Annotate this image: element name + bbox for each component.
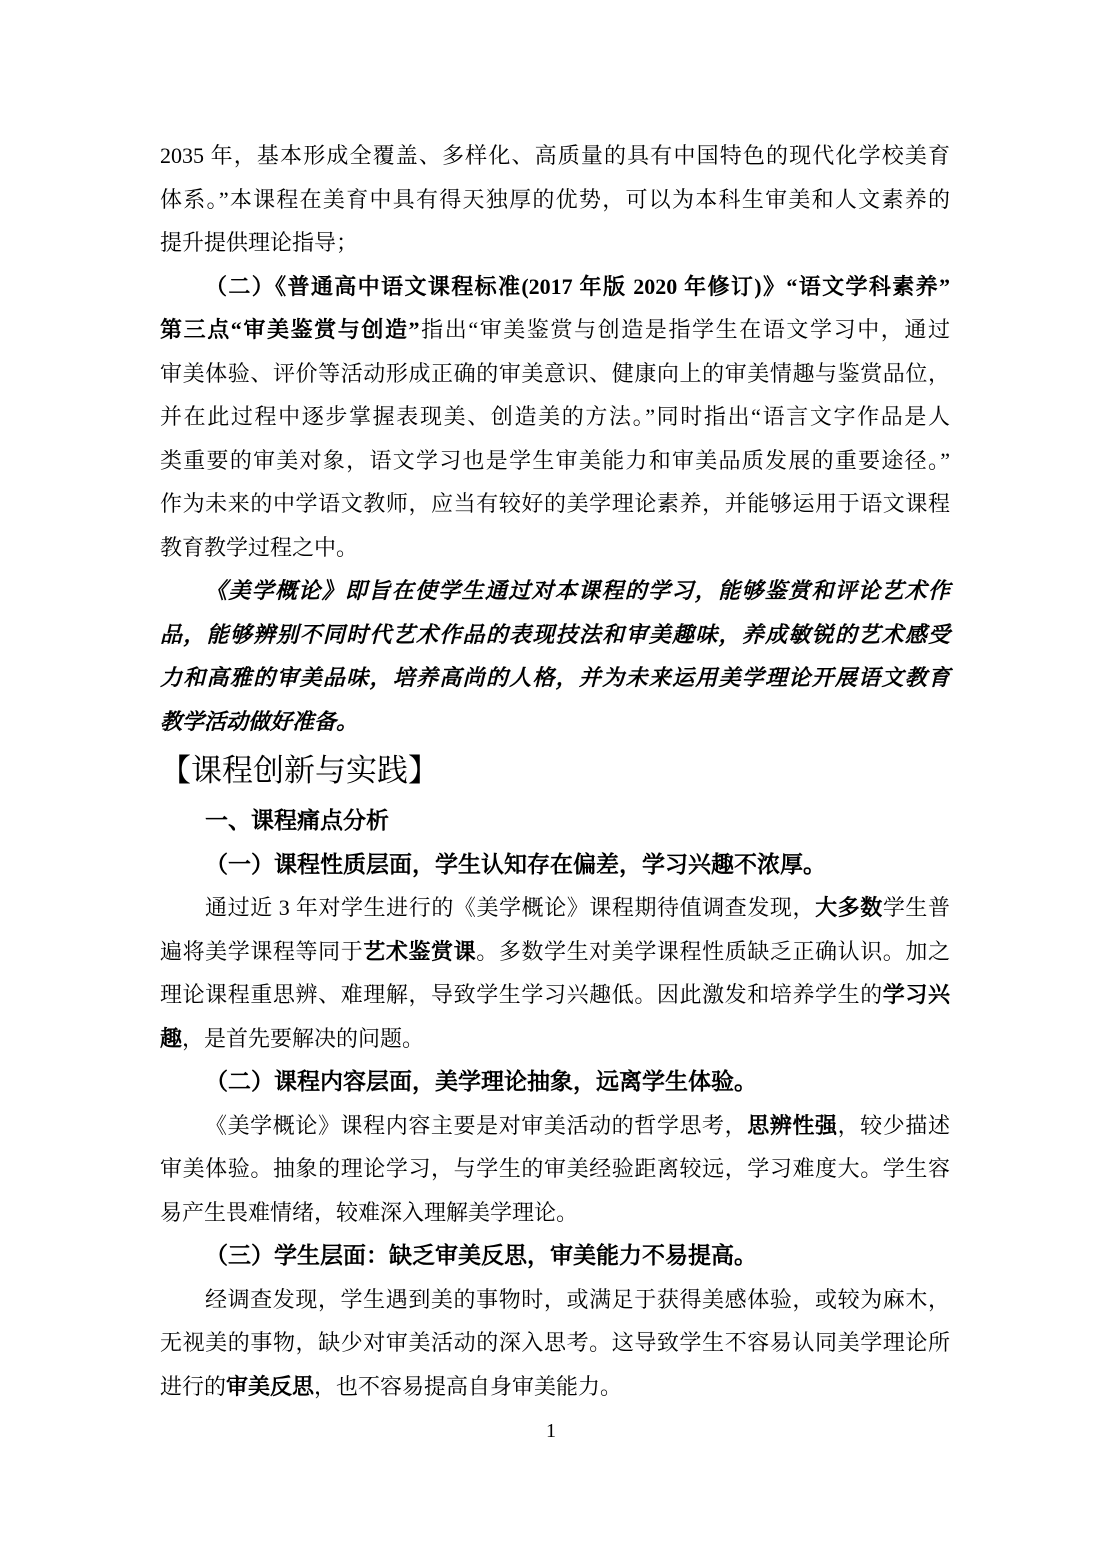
text-line: 理论课程重思辨、难理解，导致学生学习兴趣低。因此激发和培养学生的学习兴 (160, 973, 950, 1017)
text-run: （二）《普通高中语文课程标准(2017 年版 2020 年修订)》“语文学科素养… (205, 274, 950, 299)
text-run: 审美反思 (226, 1374, 314, 1399)
text-run: 作为未来的中学语文教师，应当有较好的美学理论素养，并能够运用于语文课程 (160, 491, 950, 516)
text-run: 体系。”本课程在美育中具有得天独厚的优势，可以为本科生审美和人文素养的 (160, 187, 950, 212)
text-run: 审美体验。抽象的理论学习，与学生的审美经验距离较远，学习难度大。学生容 (160, 1156, 950, 1181)
text-run: 教育教学过程之中。 (160, 535, 358, 560)
text-line: 《美学概论》课程内容主要是对审美活动的哲学思考，思辨性强，较少描述 (160, 1104, 950, 1148)
text-run: ，是首先要解决的问题。 (182, 1026, 424, 1051)
text-line: 作为未来的中学语文教师，应当有较好的美学理论素养，并能够运用于语文课程 (160, 482, 950, 526)
text-run: 艺术鉴赏课 (363, 939, 476, 964)
sub-heading-line: （二）课程内容层面，美学理论抽象，远离学生体验。 (160, 1060, 950, 1104)
text-run: （一）课程性质层面，学生认知存在偏差，学习兴趣不浓厚。 (205, 851, 826, 877)
text-line: 趣，是首先要解决的问题。 (160, 1017, 950, 1061)
sub-heading-line: 一、课程痛点分析 (160, 799, 950, 843)
text-run: 提升提供理论指导； (160, 230, 358, 255)
text-run: 《美学概论》即旨在使学生通过对本课程的学习，能够鉴赏和评论艺术作 (205, 578, 950, 603)
text-run: 易产生畏难情绪，较难深入理解美学理论。 (160, 1200, 578, 1225)
document-page: 2035 年，基本形成全覆盖、多样化、高质量的具有中国特色的现代化学校美育体系。… (0, 0, 1102, 1559)
text-line: 第三点“审美鉴赏与创造”指出“审美鉴赏与创造是指学生在语文学习中，通过 (160, 308, 950, 352)
text-run: 2035 年，基本形成全覆盖、多样化、高质量的具有中国特色的现代化学校美育 (160, 143, 950, 168)
document-text: 2035 年，基本形成全覆盖、多样化、高质量的具有中国特色的现代化学校美育体系。… (160, 134, 950, 1408)
text-run: 指出“审美鉴赏与创造是指学生在语文学习中，通过 (420, 317, 950, 342)
text-run: 理论课程重思辨、难理解，导致学生学习兴趣低。因此激发和培养学生的 (160, 982, 883, 1007)
text-run: （三）学生层面：缺乏审美反思，审美能力不易提高。 (205, 1242, 757, 1268)
text-run: （二）课程内容层面，美学理论抽象，远离学生体验。 (205, 1068, 757, 1094)
text-run: 经调查发现，学生遇到美的事物时，或满足于获得美感体验，或较为麻木， (205, 1287, 950, 1312)
text-line: 类重要的审美对象，语文学习也是学生审美能力和审美品质发展的重要途径。” (160, 439, 950, 483)
text-line: 体系。”本课程在美育中具有得天独厚的优势，可以为本科生审美和人文素养的 (160, 178, 950, 222)
text-run: 【课程创新与实践】 (160, 753, 439, 788)
text-run: 思辨性强 (747, 1113, 837, 1138)
text-run: 遍将美学课程等同于 (160, 939, 363, 964)
text-line: 《美学概论》即旨在使学生通过对本课程的学习，能够鉴赏和评论艺术作 (160, 569, 950, 613)
page-number: 1 (0, 1418, 1102, 1444)
text-run: 第三点“审美鉴赏与创造” (160, 317, 420, 342)
text-run: 力和高雅的审美品味，培养高尚的人格，并为未来运用美学理论开展语文教育 (160, 665, 950, 690)
text-run: 一、课程痛点分析 (205, 807, 389, 833)
text-run: 并在此过程中逐步掌握表现美、创造美的方法。”同时指出“语言文字作品是人 (160, 404, 950, 429)
text-line: 遍将美学课程等同于艺术鉴赏课。多数学生对美学课程性质缺乏正确认识。加之 (160, 930, 950, 974)
text-line: 教学活动做好准备。 (160, 700, 950, 744)
text-run: 进行的 (160, 1374, 226, 1399)
text-line: 审美体验、评价等活动形成正确的审美意识、健康向上的审美情趣与鉴赏品位， (160, 352, 950, 396)
text-line: 并在此过程中逐步掌握表现美、创造美的方法。”同时指出“语言文字作品是人 (160, 395, 950, 439)
sub-heading-line: （一）课程性质层面，学生认知存在偏差，学习兴趣不浓厚。 (160, 843, 950, 887)
text-run: 学生普 (883, 895, 950, 920)
text-line: 经调查发现，学生遇到美的事物时，或满足于获得美感体验，或较为麻木， (160, 1278, 950, 1322)
section-header: 【课程创新与实践】 (160, 743, 950, 799)
text-line: （二）《普通高中语文课程标准(2017 年版 2020 年修订)》“语文学科素养… (160, 265, 950, 309)
text-line: 提升提供理论指导； (160, 221, 950, 265)
sub-heading-line: （三）学生层面：缺乏审美反思，审美能力不易提高。 (160, 1234, 950, 1278)
text-line: 审美体验。抽象的理论学习，与学生的审美经验距离较远，学习难度大。学生容 (160, 1147, 950, 1191)
text-line: 力和高雅的审美品味，培养高尚的人格，并为未来运用美学理论开展语文教育 (160, 656, 950, 700)
text-run: 趣 (160, 1026, 182, 1051)
text-run: ，较少描述 (838, 1113, 950, 1138)
text-run: 类重要的审美对象，语文学习也是学生审美能力和审美品质发展的重要途径。” (160, 448, 950, 473)
text-line: 无视美的事物，缺少对审美活动的深入思考。这导致学生不容易认同美学理论所 (160, 1321, 950, 1365)
text-run: 学习兴 (883, 982, 950, 1007)
text-line: 进行的审美反思，也不容易提高自身审美能力。 (160, 1365, 950, 1409)
text-run: ，也不容易提高自身审美能力。 (314, 1374, 622, 1399)
text-run: 《美学概论》课程内容主要是对审美活动的哲学思考， (205, 1113, 747, 1138)
text-run: 。多数学生对美学课程性质缺乏正确认识。加之 (476, 939, 950, 964)
text-run: 审美体验、评价等活动形成正确的审美意识、健康向上的审美情趣与鉴赏品位， (160, 361, 950, 386)
text-run: 教学活动做好准备。 (160, 709, 358, 734)
text-run: 大多数 (815, 895, 883, 920)
text-line: 2035 年，基本形成全覆盖、多样化、高质量的具有中国特色的现代化学校美育 (160, 134, 950, 178)
text-run: 品，能够辨别不同时代艺术作品的表现技法和审美趣味，养成敏锐的艺术感受 (160, 622, 950, 647)
text-line: 品，能够辨别不同时代艺术作品的表现技法和审美趣味，养成敏锐的艺术感受 (160, 613, 950, 657)
text-line: 教育教学过程之中。 (160, 526, 950, 570)
text-line: 易产生畏难情绪，较难深入理解美学理论。 (160, 1191, 950, 1235)
text-run: 无视美的事物，缺少对审美活动的深入思考。这导致学生不容易认同美学理论所 (160, 1330, 950, 1355)
text-run: 通过近 3 年对学生进行的《美学概论》课程期待值调查发现， (205, 895, 815, 920)
text-line: 通过近 3 年对学生进行的《美学概论》课程期待值调查发现，大多数学生普 (160, 886, 950, 930)
